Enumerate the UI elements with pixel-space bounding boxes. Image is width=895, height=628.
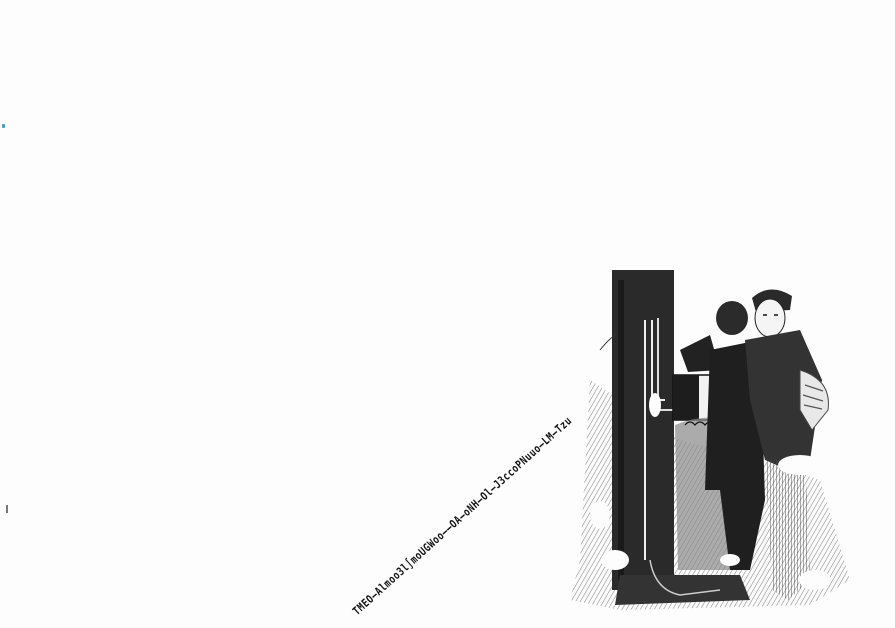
wire-coded-text: TMEO—Almoo3l∫moUGWoo——OA—oNH—Ol—J3ccoPNu… bbox=[351, 415, 575, 618]
engraving-illustration bbox=[560, 260, 860, 620]
cabinet-base bbox=[615, 575, 750, 605]
wire-text-line: TMEO—Almoo3l∫moUGWoo——OA—oNH—Ol—J3ccoPNu… bbox=[352, 416, 574, 617]
blue-speck bbox=[2, 124, 5, 128]
figure-two-face bbox=[755, 299, 785, 337]
artwork-canvas: TMEO—Almoo3l∫moUGWoo——OA—oNH—Ol—J3ccoPNu… bbox=[0, 0, 895, 628]
margin-mark bbox=[6, 505, 8, 513]
figure-one-head bbox=[716, 301, 748, 335]
